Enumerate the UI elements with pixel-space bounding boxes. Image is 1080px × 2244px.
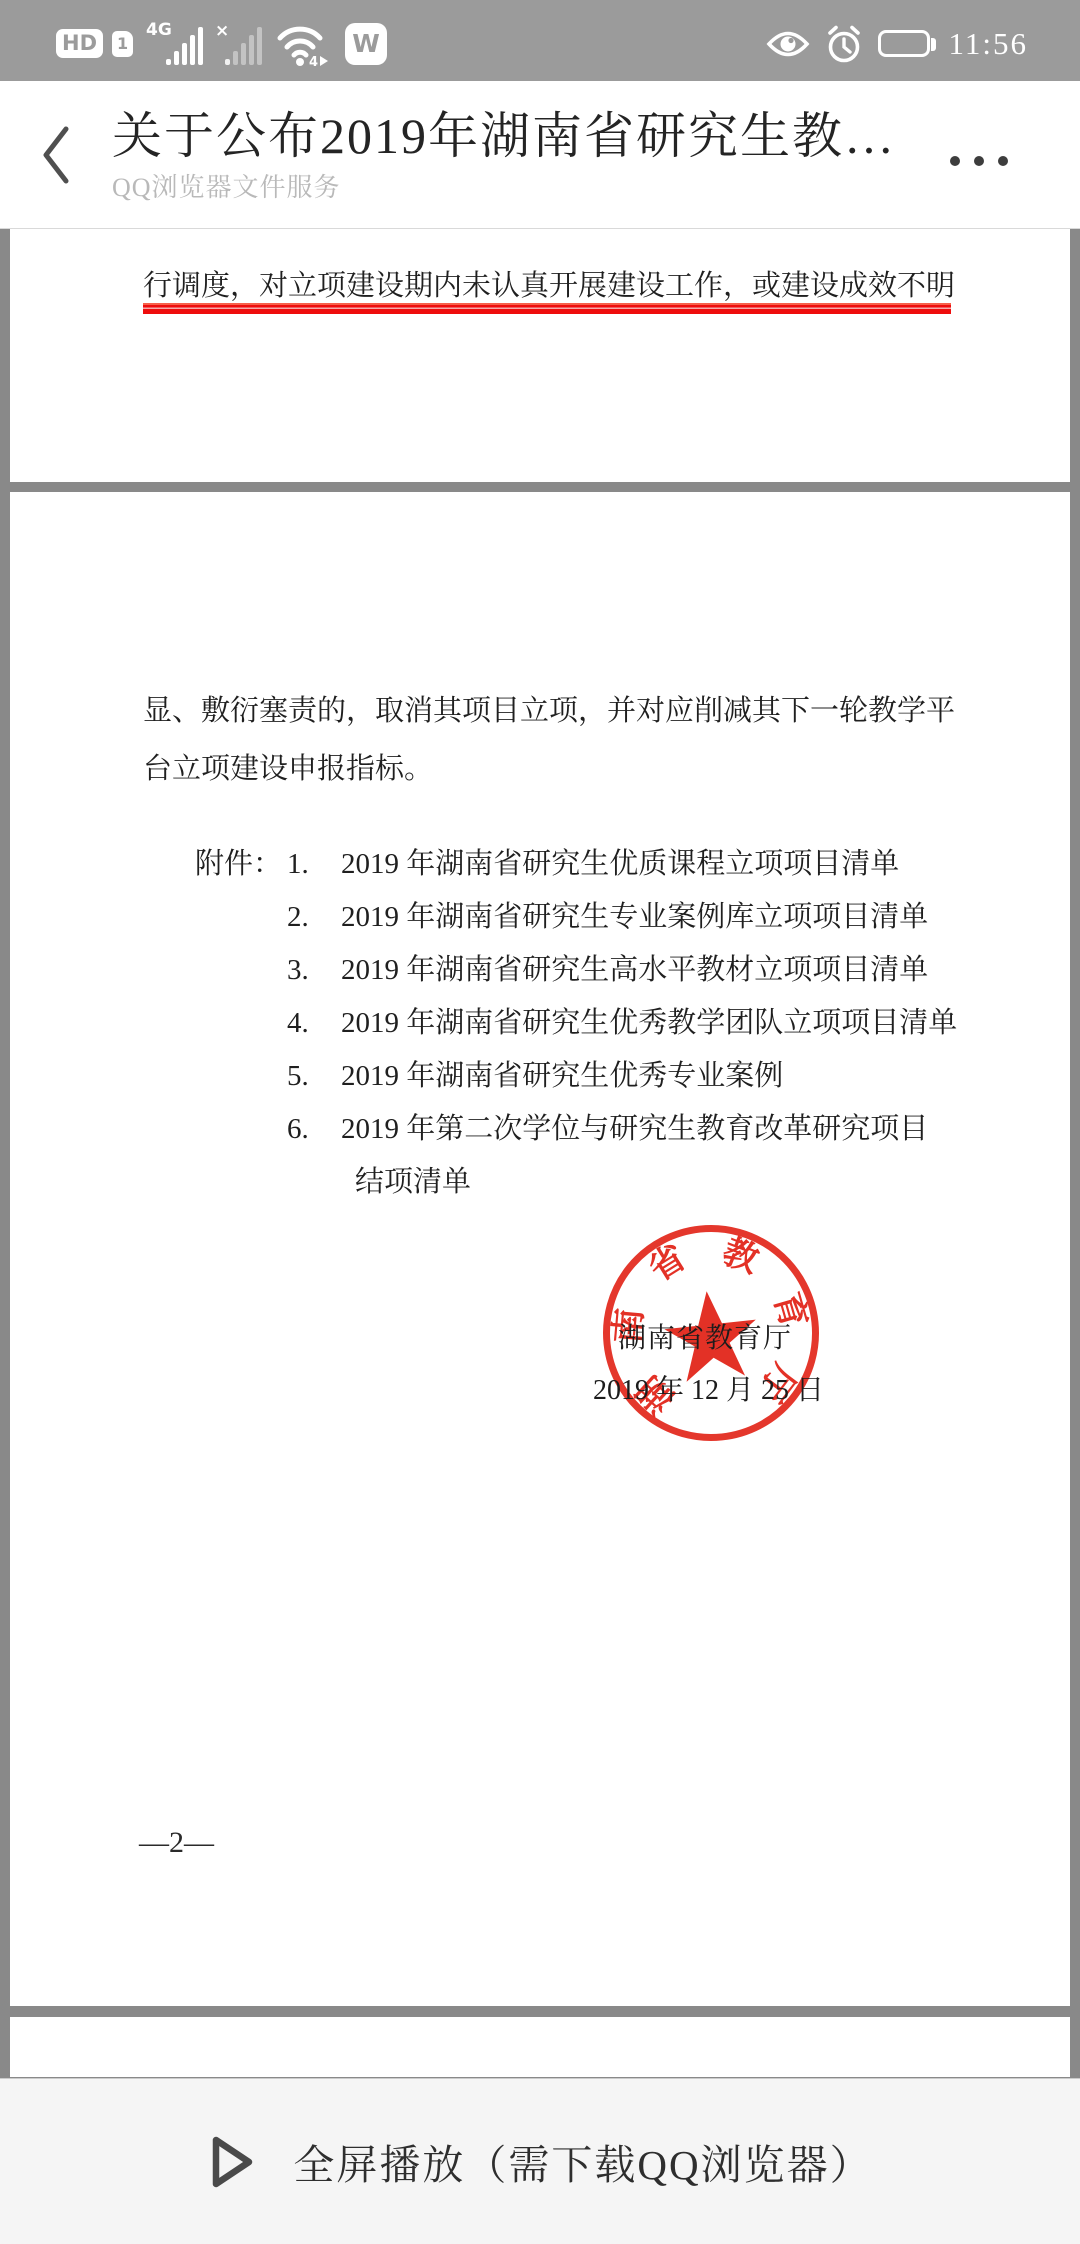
document-title: 关于公布2019年湖南省研究生教… — [112, 109, 950, 164]
document-page-3 — [10, 2017, 1070, 2077]
volte-hd-icon: HD — [56, 29, 103, 58]
header-title-block: 关于公布2019年湖南省研究生教… QQ浏览器文件服务 — [112, 105, 950, 204]
alarm-icon — [823, 24, 865, 64]
svg-text:4: 4 — [309, 55, 318, 66]
battery-tip — [931, 38, 936, 51]
attachment-number: 2. — [287, 891, 341, 944]
attachment-item: 2019 年湖南省研究生优秀专业案例 — [341, 1050, 957, 1103]
more-menu-button[interactable] — [950, 81, 1080, 228]
signature-date: 2019 年 12 月 25 日 — [593, 1368, 824, 1408]
attachment-item: 2019 年湖南省研究生高水平教材立项项目清单 — [341, 944, 957, 997]
eye-comfort-icon — [766, 28, 810, 60]
attachment-number: 6. — [287, 1103, 341, 1156]
play-button-label: 全屏播放（需下载QQ浏览器） — [293, 2132, 872, 2191]
menu-dot-icon — [998, 156, 1008, 166]
attachment-item-wrap: 结项清单 — [341, 1156, 957, 1209]
signature-org: 湖南省教育厅 — [618, 1316, 792, 1356]
document-viewer[interactable]: 行调度，对立项建设期内未认真开展建设工作，或建设成效不明 显、敷衍塞责的，取消其… — [0, 229, 1080, 2078]
wps-office-icon: W — [345, 23, 387, 65]
back-chevron-icon — [41, 126, 71, 184]
clock-time: 11:56 — [949, 26, 1028, 62]
attachment-number: 3. — [287, 944, 341, 997]
page-number: —2— — [139, 1826, 214, 1860]
attachment-label: 附件： — [195, 838, 287, 891]
signal-strength-sim2-icon: × — [217, 21, 263, 67]
attachment-list: 附件： 1. 2019 年湖南省研究生优质课程立项项目清单 2. 2019 年湖… — [195, 838, 957, 1209]
app-header: 关于公布2019年湖南省研究生教… QQ浏览器文件服务 — [0, 81, 1080, 229]
status-right-group: 11:56 — [766, 24, 1028, 64]
menu-dot-icon — [950, 156, 960, 166]
signal-strength-sim1-icon: 4G — [146, 21, 204, 67]
attachment-number: 4. — [287, 997, 341, 1050]
phone-screen: HD 1 4G × — [0, 0, 1080, 2244]
play-icon — [207, 2133, 257, 2191]
menu-dot-icon — [974, 156, 984, 166]
status-left-group: HD 1 4G × — [56, 21, 387, 67]
document-page-1: 行调度，对立项建设期内未认真开展建设工作，或建设成效不明 — [10, 229, 1070, 482]
paragraph-line-1: 显、敷衍塞责的，取消其项目立项，并对应削减其下一轮教学平 — [143, 682, 955, 740]
back-button[interactable] — [0, 81, 112, 228]
status-bar: HD 1 4G × — [0, 0, 1080, 81]
wifi-icon: 4 — [276, 22, 332, 66]
attachment-number: 1. — [287, 838, 341, 891]
sim1-badge-icon: 1 — [112, 31, 133, 57]
attachment-item: 2019 年湖南省研究生优质课程立项项目清单 — [341, 838, 957, 891]
paragraph-line-2: 台立项建设申报指标。 — [143, 740, 955, 798]
red-divider-line — [143, 303, 951, 314]
attachment-item: 2019 年第二次学位与研究生教育改革研究项目 — [341, 1103, 957, 1156]
battery-icon — [878, 30, 930, 57]
attachment-number: 5. — [287, 1050, 341, 1103]
attachment-item: 2019 年湖南省研究生专业案例库立项项目清单 — [341, 891, 957, 944]
attachment-item: 2019 年湖南省研究生优秀教学团队立项项目清单 — [341, 997, 957, 1050]
document-page-2: 显、敷衍塞责的，取消其项目立项，并对应削减其下一轮教学平 台立项建设申报指标。 … — [10, 492, 1070, 2006]
page1-text-line: 行调度，对立项建设期内未认真开展建设工作，或建设成效不明 — [143, 263, 955, 304]
service-subtitle: QQ浏览器文件服务 — [112, 167, 950, 204]
attachment-number — [287, 1156, 341, 1209]
fullscreen-play-button[interactable]: 全屏播放（需下载QQ浏览器） — [0, 2078, 1080, 2244]
body-paragraph: 显、敷衍塞责的，取消其项目立项，并对应削减其下一轮教学平 台立项建设申报指标。 — [143, 682, 955, 798]
